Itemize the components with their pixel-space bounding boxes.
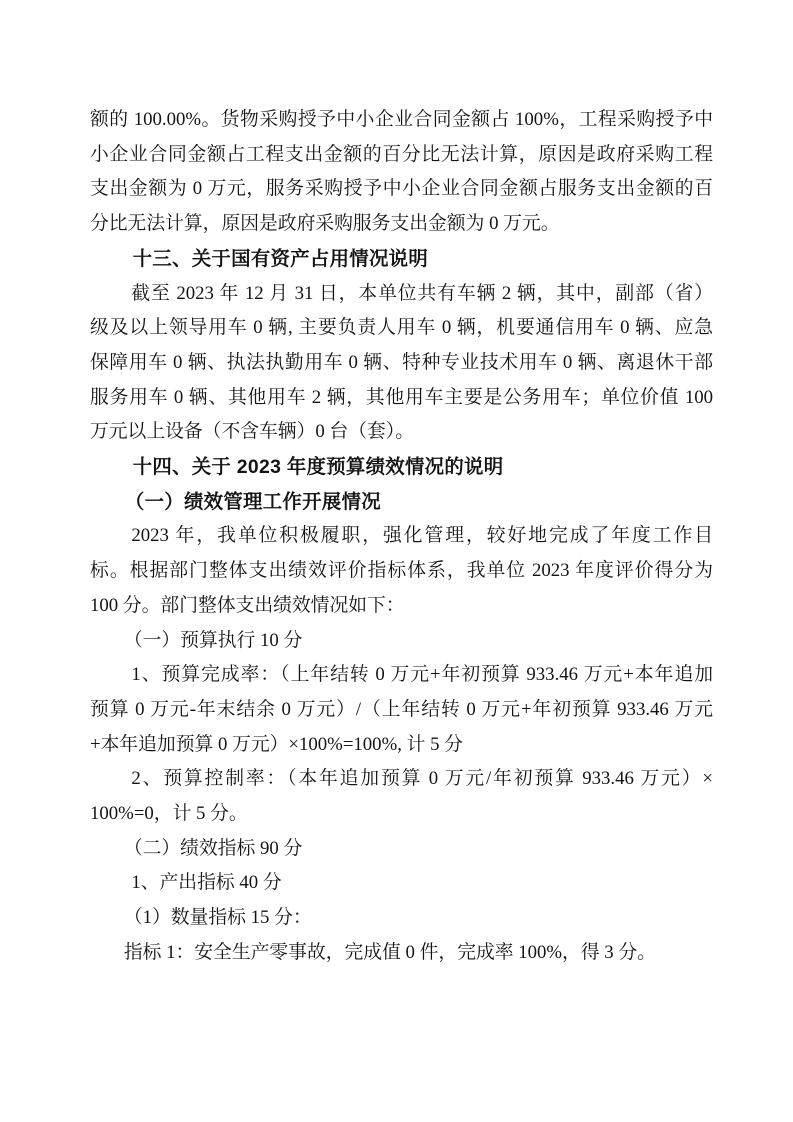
- text-line: 1、产出指标 40 分: [90, 866, 713, 901]
- text-line: 分比无法计算，原因是政府采购服务支出金额为 0 万元。: [90, 207, 713, 242]
- text-line: 100%=0，计 5 分。: [90, 797, 713, 832]
- text-line: 万元以上设备（不含车辆）0 台（套）。: [90, 415, 713, 450]
- text-line: 指标 1：安全生产零事故，完成值 0 件，完成率 100%，得 3 分。: [90, 936, 713, 971]
- text-line: 小企业合同金额占工程支出金额的百分比无法计算，原因是政府采购工程: [90, 138, 713, 173]
- text-line: 2023 年，我单位积极履职，强化管理，较好地完成了年度工作目: [90, 519, 713, 554]
- text-line: 级及以上领导用车 0 辆, 主要负责人用车 0 辆，机要通信用车 0 辆、应急: [90, 311, 713, 346]
- text-line: 2、预算控制率：（本年追加预算 0 万元/年初预算 933.46 万元）×: [90, 762, 713, 797]
- text-line: +本年追加预算 0 万元）×100%=100%, 计 5 分: [90, 728, 713, 763]
- text-line: （一）预算执行 10 分: [90, 624, 713, 659]
- text-line: （二）绩效指标 90 分: [90, 832, 713, 867]
- text-line: 服务用车 0 辆、其他用车 2 辆，其他用车主要是公务用车；单位价值 100: [90, 381, 713, 416]
- text-line: 标。根据部门整体支出绩效评价指标体系，我单位 2023 年度评价得分为: [90, 554, 713, 589]
- text-line: 保障用车 0 辆、执法执勤用车 0 辆、特种专业技术用车 0 辆、离退休干部: [90, 346, 713, 381]
- section-13-heading: 十三、关于国有资产占用情况说明: [90, 242, 713, 277]
- section-14-heading: 十四、关于 2023 年度预算绩效情况的说明: [90, 450, 713, 485]
- text-line: 截至 2023 年 12 月 31 日，本单位共有车辆 2 辆，其中，副部（省）: [90, 277, 713, 312]
- document-page: 额的 100.00%。货物采购授予中小企业合同金额占 100%，工程采购授予中 …: [0, 0, 793, 1122]
- text-line: 预算 0 万元-年末结余 0 万元）/（上年结转 0 万元+年初预算 933.4…: [90, 693, 713, 728]
- text-line: 支出金额为 0 万元，服务采购授予中小企业合同金额占服务支出金额的百: [90, 172, 713, 207]
- text-line: 1、预算完成率：（上年结转 0 万元+年初预算 933.46 万元+本年追加: [90, 658, 713, 693]
- text-line: 额的 100.00%。货物采购授予中小企业合同金额占 100%，工程采购授予中: [90, 103, 713, 138]
- text-line: 100 分。部门整体支出绩效情况如下：: [90, 589, 713, 624]
- text-line: （1）数量指标 15 分：: [90, 901, 713, 936]
- subsection-1-heading: （一）绩效管理工作开展情况: [90, 485, 713, 520]
